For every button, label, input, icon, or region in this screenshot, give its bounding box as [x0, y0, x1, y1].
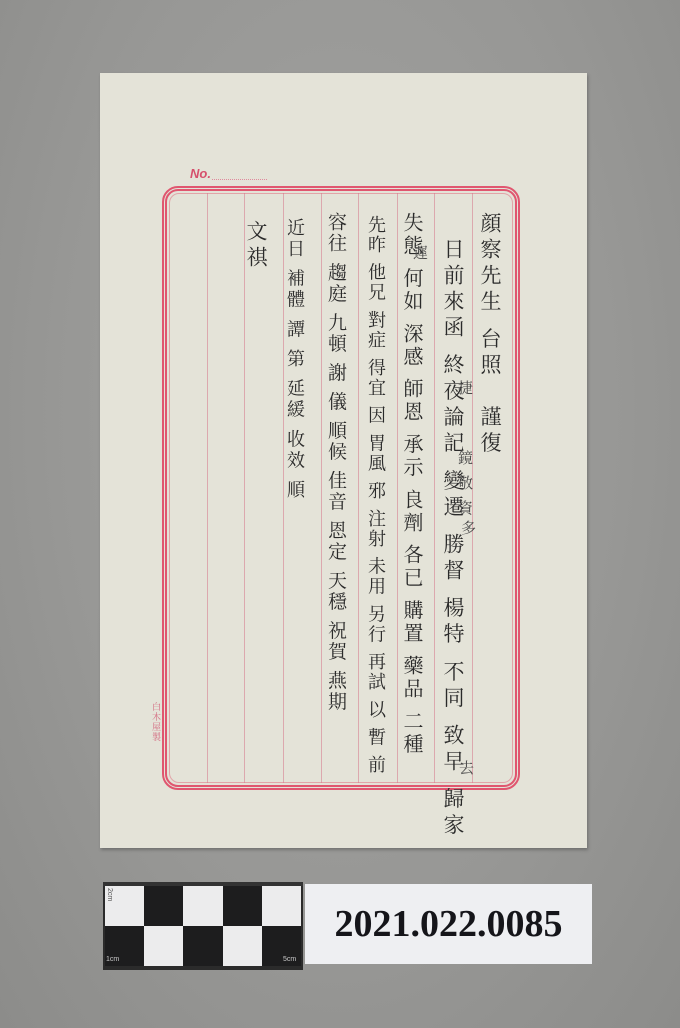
annotation: 資	[455, 500, 476, 519]
scale-label-right: 5cm	[283, 956, 296, 963]
stationery-maker-mark: 白木屋製	[148, 702, 160, 742]
scale-label-top: 2cm	[106, 888, 113, 901]
column-rule	[321, 193, 322, 783]
annotation: 敬	[455, 475, 476, 494]
column-rule	[358, 193, 359, 783]
letter-column: 近日 補體 譚 第 延緩 收效 順	[282, 218, 306, 501]
annotation: 去	[456, 760, 477, 779]
scale-square	[144, 886, 183, 926]
scale-square	[262, 886, 301, 926]
letter-column: 先昨 他兄 對症 得宜 因 胃風 邪 注射 未用 另行 再試 以 暫 前	[363, 215, 387, 775]
letter-column-closing: 文祺	[244, 220, 268, 272]
letter-column: 失態 何如 深感 師恩 承示 良劑 各已 購置 藥品 二種	[400, 212, 424, 756]
column-rule	[207, 193, 208, 783]
annotation: 鏡	[455, 450, 476, 469]
column-rule	[397, 193, 398, 783]
scale-square	[183, 926, 222, 966]
number-label: No.	[190, 166, 211, 181]
letter-column: 容往 趨庭 九頓 謝 儀 順候 佳音 恩定 天穩 祝賀 燕期	[324, 212, 348, 712]
scale-bar-checker	[105, 886, 301, 966]
column-rule	[434, 193, 435, 783]
annotation: 遲	[410, 245, 431, 264]
column-rule	[244, 193, 245, 783]
scale-square	[223, 886, 262, 926]
annotation: 捷	[455, 380, 476, 399]
number-blank-line	[212, 179, 267, 180]
letter-column-salutation: 顔察先生 台照 謹復	[478, 212, 502, 458]
catalog-number-label: 2021.022.0085	[305, 884, 592, 964]
annotation: 多	[458, 520, 479, 539]
scale-square	[144, 926, 183, 966]
scale-square	[183, 886, 222, 926]
scale-square	[223, 926, 262, 966]
scale-label-left: 1cm	[106, 956, 119, 963]
